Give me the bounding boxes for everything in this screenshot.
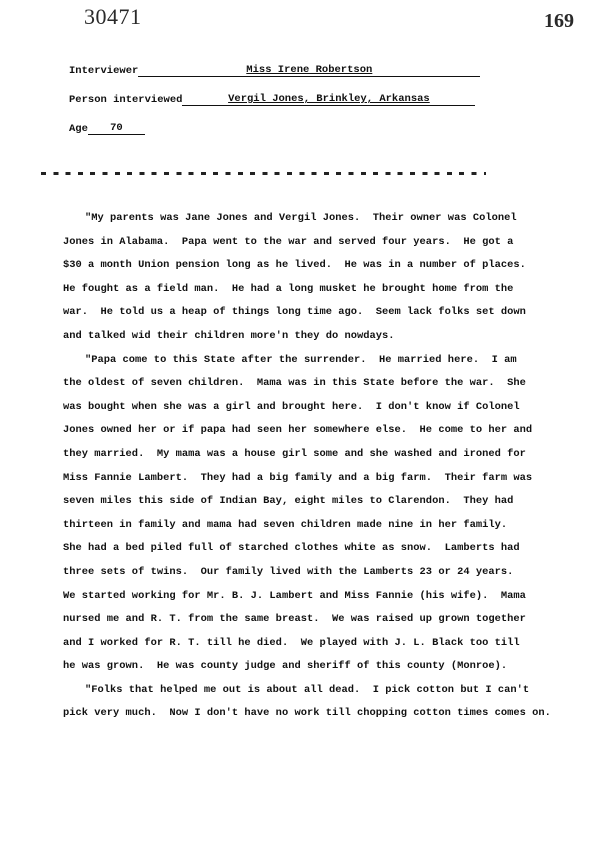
text-line: and I worked for R. T. till he died. We … — [63, 632, 543, 656]
text-line: seven miles this side of Indian Bay, eig… — [63, 490, 543, 514]
text-line: they married. My mama was a house girl s… — [63, 443, 543, 467]
age-underline: 70 — [88, 122, 145, 135]
page-number: 169 — [544, 10, 574, 33]
age-value: 70 — [110, 122, 123, 134]
text-line: was bought when she was a girl and broug… — [63, 396, 543, 420]
text-line: Jones owned her or if papa had seen her … — [63, 419, 543, 443]
text-line: thirteen in family and mama had seven ch… — [63, 514, 543, 538]
interviewer-value: Miss Irene Robertson — [246, 64, 372, 76]
person-interviewed-underline: Vergil Jones, Brinkley, Arkansas — [182, 93, 475, 106]
archive-number: 30471 — [84, 4, 142, 30]
text-line: Miss Fannie Lambert. They had a big fami… — [63, 467, 543, 491]
age-field: Age 70 — [69, 122, 145, 135]
text-line: three sets of twins. Our family lived wi… — [63, 561, 543, 585]
text-line: and talked wid their children more'n the… — [63, 325, 543, 349]
person-interviewed-field: Person interviewed Vergil Jones, Brinkle… — [69, 93, 475, 106]
text-line: he was grown. He was county judge and sh… — [63, 655, 543, 679]
interviewer-underline: Miss Irene Robertson — [138, 64, 480, 77]
text-line: Jones in Alabama. Papa went to the war a… — [63, 231, 543, 255]
text-line: "Papa come to this State after the surre… — [63, 349, 543, 373]
text-line: $30 a month Union pension long as he liv… — [63, 254, 543, 278]
text-line: "Folks that helped me out is about all d… — [63, 679, 543, 703]
interviewer-label: Interviewer — [69, 65, 138, 77]
age-label: Age — [69, 123, 88, 135]
text-line: "My parents was Jane Jones and Vergil Jo… — [63, 207, 543, 231]
interview-body-text: "My parents was Jane Jones and Vergil Jo… — [63, 207, 543, 726]
text-line: She had a bed piled full of starched clo… — [63, 537, 543, 561]
text-line: war. He told us a heap of things long ti… — [63, 301, 543, 325]
person-interviewed-label: Person interviewed — [69, 94, 182, 106]
separator-dashed-line — [41, 172, 486, 175]
interviewer-field: Interviewer Miss Irene Robertson — [69, 64, 480, 77]
text-line: pick very much. Now I don't have no work… — [63, 702, 543, 726]
text-line: nursed me and R. T. from the same breast… — [63, 608, 543, 632]
text-line: the oldest of seven children. Mama was i… — [63, 372, 543, 396]
text-line: He fought as a field man. He had a long … — [63, 278, 543, 302]
person-interviewed-value: Vergil Jones, Brinkley, Arkansas — [228, 93, 430, 105]
text-line: We started working for Mr. B. J. Lambert… — [63, 585, 543, 609]
